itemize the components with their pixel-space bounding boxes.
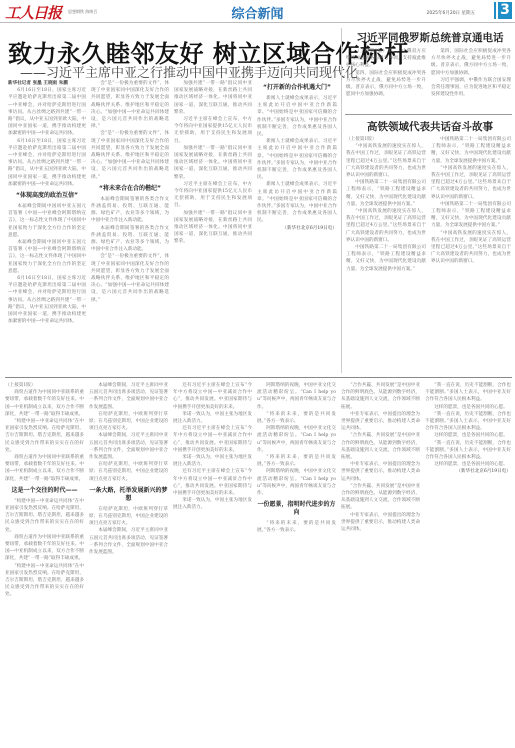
paragraph: 加强共建“一带一路”倡议同中亚国家发展战略对接，在新丝路上共同推动区域经济一体化…: [174, 210, 252, 246]
paragraph: 会”是“一份极为重要的文件”，体现了中亚国家同中国深化友好合作的共同愿望，彰显各…: [91, 80, 169, 130]
right-top-column-1: （上接第1版）第二，中俄双方应继续加强战略沟通与协调，支持彼此维护核心利益。 第…: [346, 48, 426, 110]
lead-column-3: 加强共建“一带一路”倡议同中亚国家发展战略对接，在新丝路上共同推动区域经济一体化…: [174, 80, 252, 370]
paragraph: “将来的未来，要的是共同发展。”各方一致表示。: [257, 520, 336, 534]
lead-subhead-4: “打开新的合作机遇大门”: [257, 84, 337, 92]
paragraph: 会”是“一份极为重要的文件”，体现了中亚国家同中国深化友好合作的共同愿望，彰显各…: [91, 253, 169, 303]
column-divider: [341, 28, 342, 373]
paragraph: （上接第1版）第二，中俄双方应继续加强战略沟通与协调，支持彼此维护核心利益。: [346, 48, 426, 70]
paragraph: 商贸古道作为中国同中亚联系的重要纽带，承载着数千年的友好往来。中国—中亚机制成立…: [5, 534, 84, 563]
lower-column-4: 阿斯塔纳的夜晚，中国中亚文化交流活动精彩纷呈。“Can I help you”等…: [257, 382, 336, 744]
paragraph: “中国高铁发展的速度实在惊人，我在中国工作过，亲眼见证了高铁运营里程已超过4万公…: [431, 165, 511, 201]
lower-subhead-1: 这是一个交往的时代——: [5, 487, 84, 495]
paragraph: “合作共赢、共同发展”是中国中亚合作的鲜明底色。从能源到数字经济，从基础设施到人…: [341, 432, 420, 461]
paragraph: 习近平强调，中俄作为联合国安理会常任理事国，应为促进地区和平稳定发挥建设性作用。: [431, 77, 511, 99]
paragraph: “构建中国—中亚命运共同体”在中亚国家引发热烈反响。在哈萨克斯坦、吉尔吉斯斯坦、…: [5, 418, 84, 454]
lower-dateline: （新华社北京6月19日电）: [425, 468, 511, 475]
page-number-bar-icon: [494, 2, 496, 19]
paragraph: 在哈萨克斯坦，中欧班列穿行草原；在乌兹别克斯坦，中国企业建设的项目点亮万家灯火。: [89, 411, 168, 433]
paragraph: “我一直在说，历史不能割断，合作也不能割断。”多国人士表示，中国中亚友好合作符合…: [425, 382, 511, 404]
right-mid-title: 高铁领域代表共话奋斗故事: [345, 119, 515, 134]
paragraph: 米诺一致认为，中国主张为地区发展注入新活力。: [173, 454, 252, 468]
paragraph: 习近平主席在峰会上宣布，中方今年将向中亚国家提供15亿元人民币无偿援助，用于支持…: [174, 181, 252, 210]
paragraph: 商贸古道作为中国同中亚联系的重要纽带，承载着数千年的友好往来。中国—中亚机制成立…: [5, 389, 84, 418]
paragraph: 米诺一致认为，中国主张为地区发展注入新活力。: [173, 411, 252, 425]
paragraph: 习近平主席在峰会上宣布，中方今年将向中亚国家提供15亿元人民币无偿援助，用于支持…: [174, 116, 252, 145]
paragraph: “合作共赢、共同发展”是中国中亚合作的鲜明底色。从能源到数字经济，从基础设施到人…: [341, 382, 420, 411]
paragraph: 这样的愿景，也是各国共同的心愿。: [425, 404, 511, 411]
paragraph: 还有习近平主席在峰会上宣布“今年中方将设立中国—中亚减贫合作中心”，推动共同发展…: [173, 382, 252, 411]
paragraph: “我一直在说，历史不能割断，合作也不能割断。”多国人士表示，中国中亚友好合作符合…: [425, 411, 511, 433]
paragraph: 中亚专家表示，中国提出的理念为世界提供了重要启示，推动构建人类命运共同体。: [341, 461, 420, 483]
lower-column-2: 本届峰会期间，习近平主席同中亚五国元首共同出席多项活动，见证签署一系列合作文件，…: [89, 382, 168, 744]
lower-column-1: （上接第1版） 商贸古道作为中国同中亚联系的重要纽带，承载着数千年的友好往来。中…: [5, 382, 84, 744]
paragraph: “合作共赢、共同发展”是中国中亚合作的鲜明底色。从能源到数字经济，从基础设施到人…: [341, 483, 420, 512]
paragraph: 会”是“一份极为重要的文件”，体现了中亚国家同中国深化友好合作的共同愿望，彰显各…: [91, 130, 169, 180]
lower-column-3: 还有习近平主席在峰会上宣布“今年中方将设立中国—中亚减贫合作中心”，推动共同发展…: [173, 382, 252, 744]
story-divider: [345, 114, 512, 115]
paragraph: “中国高铁发展的速度实在惊人，我在中国工作过，亲眼见证了高铁运营里程已超过4万公…: [431, 230, 511, 266]
lead-byline: 新华社记者 张墨 王晓雨 朱鹏: [8, 80, 86, 87]
lead-subhead-2: “将未来合在合的楷纪”: [91, 185, 169, 193]
paragraph: 本届峰会期间，习近平主席同中亚五国元首共同出席多项活动，见证签署一系列合作文件，…: [89, 432, 168, 461]
paragraph: 6月16日至18日，国家主席习近平应邀赴哈萨克斯坦出席第二届中国—中亚峰会，并对…: [8, 87, 86, 137]
paragraph: 这样的愿景，也是各国共同的心愿。: [425, 461, 511, 468]
paragraph: “构建中国—中亚命运共同体”在中亚国家引发热烈反响。在哈萨克斯坦、吉尔吉斯斯坦、…: [5, 498, 84, 534]
paragraph: 本届峰会期间中国同中亚五国元首签署《中国—中亚峰会阿斯塔纳宣言》，这一标志性文件…: [8, 203, 86, 239]
right-mid-column-2: 中国铁路第二十一局集团有限公司工程师表示，“铁路工程建设精益求精，又好又快，为中…: [431, 136, 511, 372]
paragraph: “中国高铁发展的速度实在惊人，我在中国工作过，亲眼见证了高铁运营里程已超过4万公…: [346, 208, 426, 244]
lower-subhead-2: 一条大路，托举发展新兴的梦想: [89, 487, 168, 503]
lower-column-6: “我一直在说，历史不能割断，合作也不能割断。”多国人士表示，中国中亚友好合作符合…: [425, 382, 511, 744]
paragraph: “中国高铁发展的速度实在惊人，我在中国工作过，亲眼见证了高铁运营里程已超过4万公…: [346, 143, 426, 179]
paragraph: 新闻人士就峰会成果表示，习近平主席此访开启中国中亚合作新篇章。“中国始终是中亚国…: [257, 95, 337, 138]
paragraph: 中国铁路第二十一局集团有限公司工程师表示，“铁路工程建设精益求精，又好又快，为中…: [346, 244, 426, 273]
right-top-column-2: 第四，国际社会应积极促成冲突各方尽快停火止战，避免局势进一步升级。普京表示，俄方…: [431, 48, 511, 110]
paragraph: 加强共建“一带一路”倡议同中亚国家发展战略对接，在新丝路上共同推动区域经济一体化…: [174, 80, 252, 116]
right-mid-column-1: （上接第1版） “中国高铁发展的速度实在惊人，我在中国工作过，亲眼见证了高铁运营…: [346, 136, 426, 372]
paragraph: 米诺一致认为，中国主张为地区发展注入新活力。: [173, 497, 252, 511]
paragraph: 本届峰会期间，习近平主席同中亚五国元首共同出席多项活动，见证签署一系列合作文件，…: [89, 527, 168, 556]
paragraph: 本届峰会期间签署的各类合作文件涵盖贸易、投资、互联互通、能源、绿色矿产、农业等多…: [91, 225, 169, 254]
paragraph: 中国铁路第二十一局集团有限公司工程师表示，“铁路工程建设精益求精，又好又快，为中…: [431, 201, 511, 230]
lead-column-4: “打开新的合作机遇大门” 新闻人士就峰会成果表示，习近平主席此访开启中国中亚合作…: [257, 80, 337, 370]
paragraph: 在哈萨克斯坦，中欧班列穿行草原；在乌兹别克斯坦，中国企业建设的项目点亮万家灯火。: [89, 461, 168, 483]
paragraph: 中亚专家表示，中国提出的理念为世界提供了重要启示，推动构建人类命运共同体。: [341, 512, 420, 534]
paragraph: 第四，国际社会应积极促成冲突各方尽快停火止战，避免局势进一步升级。普京表示，俄方…: [431, 48, 511, 77]
right-top-title: 习近平同俄罗斯总统普京通电话: [345, 30, 515, 45]
lower-byline: （上接第1版）: [5, 382, 84, 389]
paragraph: 中国铁路第二十一局集团有限公司工程师表示，“铁路工程建设精益求精，又好又快，为中…: [346, 179, 426, 208]
right-mid-byline: （上接第1版）: [346, 136, 426, 143]
paragraph: 本届峰会期间签署的各类合作文件涵盖贸易、投资、互联互通、能源、绿色矿产、农业等多…: [91, 196, 169, 225]
paragraph: 还有习近平主席在峰会上宣布“今年中方将设立中国—中亚减贫合作中心”，推动共同发展…: [173, 468, 252, 497]
paragraph: 商贸古道作为中国同中亚联系的重要纽带，承载着数千年的友好往来。中国—中亚机制成立…: [5, 454, 84, 483]
paragraph: 这样的愿景，也是各国共同的心愿。: [425, 432, 511, 439]
paragraph: 阿斯塔纳的夜晚，中国中亚文化交流活动精彩纷呈。“Can I help you”等…: [257, 425, 336, 454]
paragraph: 中亚专家表示，中国提出的理念为世界提供了重要启示，推动构建人类命运共同体。: [341, 411, 420, 433]
paragraph: “我一直在说，历史不能割断，合作也不能割断。”多国人士表示，中国中亚友好合作符合…: [425, 440, 511, 462]
paragraph: 本届峰会期间中国同中亚五国元首签署《中国—中亚峰会阿斯塔纳宣言》，这一标志性文件…: [8, 239, 86, 275]
page-number: 3: [498, 2, 512, 19]
issue-date: 2025年6月20日 星期五: [427, 10, 475, 16]
paragraph: 新闻人士就峰会成果表示，习近平主席此访开启中国中亚合作新篇章。“中国始终是中亚国…: [257, 138, 337, 181]
paragraph: “将来的未来，要的是共同发展。”各方一致表示。: [257, 411, 336, 425]
lower-subhead-4: 一份愿景，指明时代进步的方向: [257, 501, 336, 517]
lead-dateline: （新华社北京6月19日电）: [257, 225, 337, 232]
paragraph: 阿斯塔纳的夜晚，中国中亚文化交流活动精彩纷呈。“Can I help you”等…: [257, 468, 336, 497]
lead-column-1: 新华社记者 张墨 王晓雨 朱鹏 6月16日至18日，国家主席习近平应邀赴哈萨克斯…: [8, 80, 86, 370]
paragraph: 阿斯塔纳的夜晚，中国中亚文化交流活动精彩纷呈。“Can I help you”等…: [257, 382, 336, 411]
lower-column-5: “合作共赢、共同发展”是中国中亚合作的鲜明底色。从能源到数字经济，从基础设施到人…: [341, 382, 420, 744]
paragraph: 在哈萨克斯坦，中欧班列穿行草原；在乌兹别克斯坦，中国企业建设的项目点亮万家灯火。: [89, 506, 168, 528]
masthead: 工人日报 思想钢铁 海纳百 综合新闻 2025年6月20日 星期五 3: [0, 0, 515, 23]
lead-column-2: 会”是“一份极为重要的文件”，体现了中亚国家同中国深化友好合作的共同愿望，彰显各…: [91, 80, 169, 370]
paragraph: 新闻人士就峰会成果表示，习近平主席此访开启中国中亚合作新篇章。“中国始终是中亚国…: [257, 181, 337, 224]
section-divider: [5, 377, 512, 378]
paragraph: 加强共建“一带一路”倡议同中亚国家发展战略对接，在新丝路上共同推动区域经济一体化…: [174, 145, 252, 181]
paragraph: “构建中国—中亚命运共同体”在中亚国家引发热烈反响。在哈萨克斯坦、吉尔吉斯斯坦、…: [5, 563, 84, 599]
lead-subhead-1: “体现高度的政治互信”: [8, 192, 86, 200]
paragraph: 6月16日至18日，国家主席习近平应邀赴哈萨克斯坦出席第二届中国—中亚峰会，并对…: [8, 275, 86, 325]
paragraph: 6月16日至18日，国家主席习近平应邀赴哈萨克斯坦出席第二届中国—中亚峰会，并对…: [8, 138, 86, 188]
paragraph: 还有习近平主席在峰会上宣布“今年中方将设立中国—中亚减贫合作中心”，推动共同发展…: [173, 425, 252, 454]
paragraph: 本届峰会期间，习近平主席同中亚五国元首共同出席多项活动，见证签署一系列合作文件，…: [89, 382, 168, 411]
lead-subheadline: ——习近平主席中亚之行推动中国中亚携手迈向共同现代化: [20, 62, 340, 81]
paragraph: 中国铁路第二十一局集团有限公司工程师表示，“铁路工程建设精益求精，又好又快，为中…: [431, 136, 511, 165]
paragraph: “将来的未来，要的是共同发展。”各方一致表示。: [257, 454, 336, 468]
paragraph: 第四，国际社会应积极促成冲突各方尽快停火止战，避免局势进一步升级。普京表示，俄方…: [346, 70, 426, 99]
